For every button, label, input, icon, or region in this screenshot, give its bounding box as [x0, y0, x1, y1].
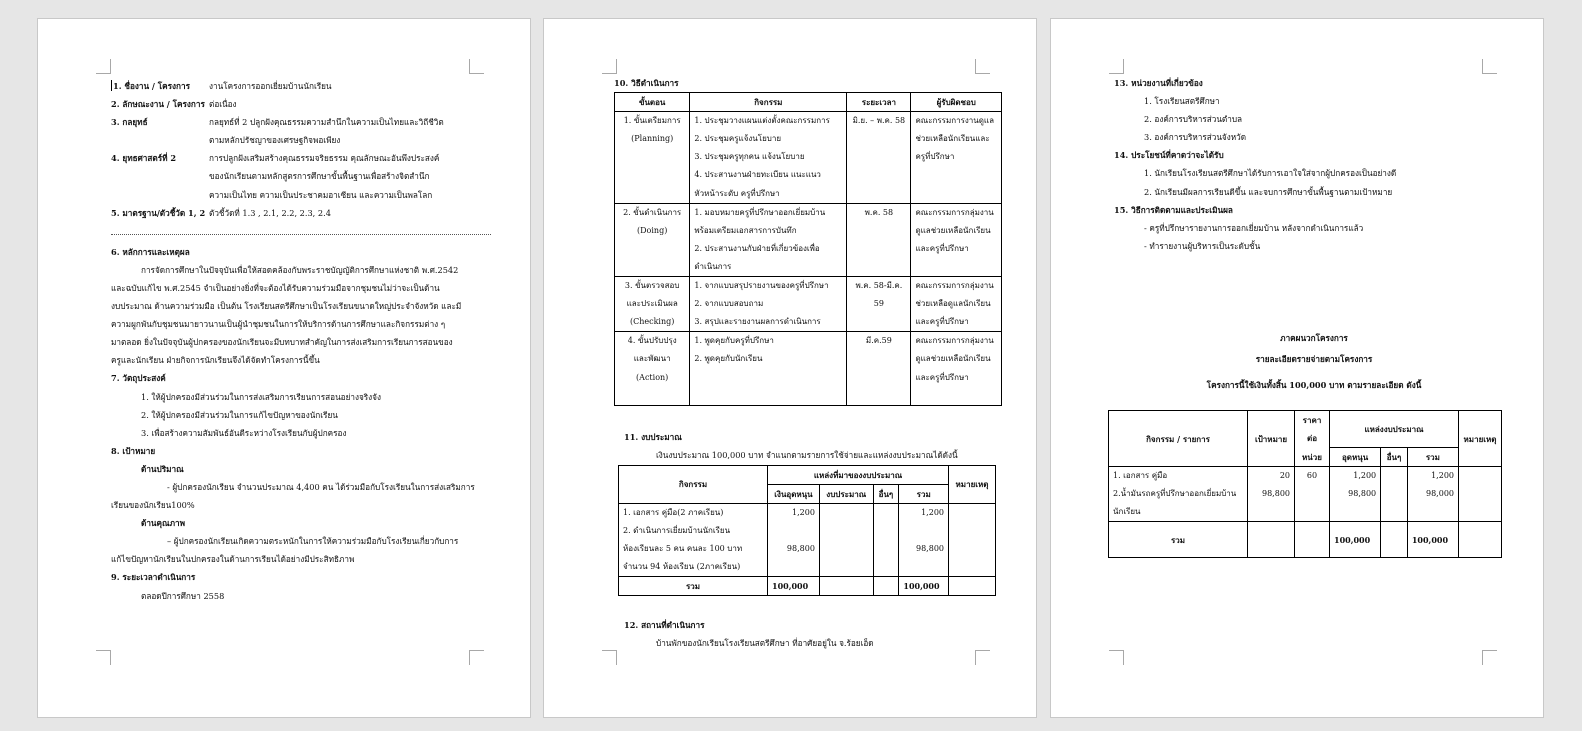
- budget-source-header: รวม: [899, 484, 949, 503]
- expense-activity-line: 1. เอกสาร คู่มือ: [1113, 467, 1243, 485]
- benefit-item: 1. นักเรียนโรงเรียนสตรีศึกษาได้รับการเอา…: [1144, 164, 1514, 182]
- crop-mark: [469, 650, 484, 665]
- expense-value: 98,800: [1330, 485, 1381, 522]
- activity-line: 1. จากแบบสรุปรายงานของครูที่ปรึกษา: [694, 277, 842, 295]
- objective-item: 1. ให้ผู้ปกครองมีส่วนร่วมในการส่งเสริมกา…: [111, 388, 491, 406]
- method-activities: 1. จากแบบสรุปรายงานของครูที่ปรึกษา2. จาก…: [690, 277, 847, 332]
- expense-source-header: อื่นๆ: [1381, 447, 1408, 466]
- budget-total-value: 100,000: [899, 577, 949, 596]
- activity-line: 4. ประสานงานฝ่ายทะเบียน แนะแนว: [694, 166, 842, 184]
- expense-value: 1,200: [1407, 467, 1458, 486]
- method-activities: 1. มอบหมายครูที่ปรึกษาออกเยี่ยมบ้านพร้อม…: [690, 203, 847, 276]
- col-remark: หมายเหตุ: [1459, 411, 1502, 467]
- expense-target: 20: [1248, 467, 1295, 486]
- crop-mark: [1482, 59, 1497, 74]
- paragraph-line: ความผูกพันกับชุมชนมายาวนานเป็นผู้นำชุมชน…: [111, 315, 491, 333]
- budget-value: [873, 503, 899, 522]
- project-info-value-line: กลยุทธ์ที่ 2 ปลูกฝังคุณธรรมความสำนึกในคว…: [209, 113, 491, 131]
- step-line: 3. ขั้นตรวจสอบ: [619, 277, 685, 295]
- budget-activity: 1. เอกสาร คู่มือ(2 ภาคเรียน): [619, 503, 768, 522]
- expense-total-target: [1248, 522, 1295, 558]
- expense-source-header: รวม: [1407, 447, 1458, 466]
- expense-total-label: รวม: [1109, 522, 1248, 558]
- appendix-subtitle: รายละเอียดรายจ่ายตามโครงการ: [1114, 350, 1514, 368]
- responsible-line: และครูที่ปรึกษา: [915, 313, 997, 331]
- paragraph-line: ครูและนักเรียน ฝ่ายกิจการนักเรียนจึงได้จ…: [111, 351, 491, 369]
- method-responsible: คณะกรรมการกลุ่มงานดูแลช่วยเหลือนักเรียนแ…: [911, 332, 1002, 406]
- agency-item: 1. โรงเรียนสตรีศึกษา: [1144, 92, 1514, 110]
- project-info-value: กลยุทธ์ที่ 2 ปลูกฝังคุณธรรมความสำนึกในคว…: [209, 113, 491, 149]
- project-info-value: งานโครงการออกเยี่ยมบ้านนักเรียน: [209, 77, 491, 95]
- paragraph-line: มาตลอด ยิ่งในปัจจุบันผู้ปกครองของนักเรีย…: [111, 333, 491, 351]
- col-source-group: แหล่งที่มาของงบประมาณ: [768, 465, 949, 484]
- section-6-title: 6. หลักการและเหตุผล: [111, 243, 491, 261]
- method-table: ขั้นตอนกิจกรรมระยะเวลาผู้รับผิดชอบ 1. ขั…: [614, 92, 1002, 406]
- appendix-title: ภาคผนวกโครงการ: [1114, 329, 1514, 347]
- budget-row: 2. ดำเนินการเยี่ยมบ้านนักเรียนห้องเรียนล…: [619, 522, 996, 577]
- method-step: 1. ขั้นเตรียมการ(Planning): [615, 112, 690, 203]
- col-source-group: แหล่งงบประมาณ: [1330, 411, 1459, 448]
- col-activity: กิจกรรม: [619, 465, 768, 503]
- document-page-2[interactable]: 10. วิธีดำเนินการ ขั้นตอนกิจกรรมระยะเวลา…: [543, 18, 1037, 718]
- budget-total-remark: [949, 577, 996, 596]
- expense-value: [1381, 485, 1408, 522]
- crop-mark: [96, 650, 111, 665]
- budget-value: 98,800: [899, 522, 949, 577]
- responsible-line: คณะกรรมการกลุ่มงาน: [915, 277, 997, 295]
- expense-activity: 1. เอกสาร คู่มือ: [1109, 467, 1248, 486]
- responsible-line: และครูที่ปรึกษา: [915, 369, 997, 387]
- section-13-list: 1. โรงเรียนสตรีศึกษา2. องค์การบริหารส่วน…: [1114, 92, 1514, 146]
- section-9-value: ตลอดปีการศึกษา 2558: [111, 587, 491, 605]
- budget-value: 98,800: [768, 522, 820, 577]
- step-line: 1. ขั้นเตรียมการ: [619, 112, 685, 130]
- project-info-label: 4. ยุทธศาสตร์ที่ 2: [111, 149, 209, 203]
- agency-item: 2. องค์การบริหารส่วนตำบล: [1144, 110, 1514, 128]
- project-info-row: 4. ยุทธศาสตร์ที่ 2การปลูกฝังเสริมสร้างคุ…: [111, 149, 491, 203]
- page-1-content[interactable]: 1. ชื่องาน / โครงการงานโครงการออกเยี่ยมบ…: [111, 77, 491, 605]
- goal-line: เรียนของนักเรียน100%: [111, 496, 491, 514]
- expense-unit-price: 60: [1295, 467, 1330, 486]
- method-step: 2. ขั้นดำเนินการ(Doing): [615, 203, 690, 276]
- col-activity: กิจกรรม / รายการ: [1109, 411, 1248, 467]
- method-responsible: คณะกรรมการกลุ่มงานดูแลช่วยเหลือนักเรียนแ…: [911, 203, 1002, 276]
- objective-item: 2. ให้ผู้ปกครองมีส่วนร่วมในการแก้ไขปัญหา…: [111, 406, 491, 424]
- section-8-title: 8. เป้าหมาย: [111, 442, 491, 460]
- responsible-line: คณะกรรมการงานดูแล: [915, 112, 997, 130]
- section-7-list: 1. ให้ผู้ปกครองมีส่วนร่วมในการส่งเสริมกา…: [111, 388, 491, 442]
- project-info-row: 2. ลักษณะงาน / โครงการต่อเนื่อง: [111, 95, 491, 113]
- document-page-3[interactable]: 13. หน่วยงานที่เกี่ยวข้อง 1. โรงเรียนสตร…: [1050, 18, 1544, 718]
- responsible-line: คณะกรรมการกลุ่มงาน: [915, 332, 997, 350]
- expense-remark: [1459, 467, 1502, 486]
- budget-row: 1. เอกสาร คู่มือ(2 ภาคเรียน)1,2001,200: [619, 503, 996, 522]
- activity-line: 2. ประสานงานกับฝ่ายที่เกี่ยวข้องเพื่อ: [694, 240, 842, 258]
- project-info-value: ตัวชี้วัดที่ 1.3 , 2.1, 2.2, 2.3, 2.4: [209, 204, 491, 222]
- activity-line: 3. ประชุมครูทุกคน แจ้งนโยบาย: [694, 148, 842, 166]
- activity-line: 2. พูดคุยกับนักเรียน: [694, 350, 842, 368]
- expense-activity-line: นักเรียน: [1113, 503, 1243, 521]
- section-13-title: 13. หน่วยงานที่เกี่ยวข้อง: [1114, 74, 1514, 92]
- expense-total-value: [1381, 522, 1408, 558]
- method-period: พ.ค. 58: [847, 203, 911, 276]
- method-col-header: ผู้รับผิดชอบ: [911, 93, 1002, 112]
- budget-remark: [949, 522, 996, 577]
- method-responsible: คณะกรรมการกลุ่มงานช่วยเหลือดูแลนักเรียนแ…: [911, 277, 1002, 332]
- step-line: และพัฒนา: [619, 350, 685, 368]
- page-2-content[interactable]: 10. วิธีดำเนินการ ขั้นตอนกิจกรรมระยะเวลา…: [614, 74, 1006, 652]
- responsible-line: ครูที่ปรึกษา: [915, 148, 997, 166]
- evaluation-item: - ครูที่ปรึกษารายงานการออกเยี่ยมบ้าน หลั…: [1144, 219, 1514, 237]
- activity-line: 2. ประชุมครูแจ้งนโยบาย: [694, 130, 842, 148]
- budget-activity: 2. ดำเนินการเยี่ยมบ้านนักเรียนห้องเรียนล…: [619, 522, 768, 577]
- project-info-value-line: ของนักเรียนตามหลักสูตรการศึกษาขั้นพื้นฐา…: [209, 167, 491, 185]
- responsible-line: และครูที่ปรึกษา: [915, 240, 997, 258]
- goal-line: – ผู้ปกครองนักเรียนเกิดความตระหนักในการใ…: [111, 532, 491, 550]
- budget-intro: เงินงบประมาณ 100,000 บาท จำแนกตามรายการใ…: [614, 446, 1006, 464]
- budget-source-header: เงินอุดหนุน: [768, 484, 820, 503]
- expense-target: 98,800: [1248, 485, 1295, 522]
- budget-table: กิจกรรม แหล่งที่มาของงบประมาณ หมายเหตุ เ…: [618, 465, 996, 597]
- responsible-line: คณะกรรมการกลุ่มงาน: [915, 204, 997, 222]
- step-line: (Doing): [619, 222, 685, 240]
- budget-value: 1,200: [899, 503, 949, 522]
- responsible-line: ช่วยเหลือดูแลนักเรียน: [915, 295, 997, 313]
- crop-mark: [1482, 650, 1497, 665]
- objective-item: 3. เพื่อสร้างความสัมพันธ์อันดีระหว่างโรง…: [111, 424, 491, 442]
- expense-detail-table: กิจกรรม / รายการ เป้าหมาย ราคาต่อ แหล่งง…: [1108, 410, 1502, 558]
- budget-total-value: [873, 577, 899, 596]
- project-info-value: ต่อเนื่อง: [209, 95, 491, 113]
- project-info-value-line: งานโครงการออกเยี่ยมบ้านนักเรียน: [209, 77, 491, 95]
- budget-activity-line: 2. ดำเนินการเยี่ยมบ้านนักเรียน: [623, 522, 763, 540]
- section-15-list: - ครูที่ปรึกษารายงานการออกเยี่ยมบ้าน หลั…: [1114, 219, 1514, 255]
- page-3-content[interactable]: 13. หน่วยงานที่เกี่ยวข้อง 1. โรงเรียนสตร…: [1114, 74, 1514, 558]
- method-period: พ.ค. 58-มี.ค. 59: [847, 277, 911, 332]
- step-line: (Action): [619, 369, 685, 387]
- responsible-line: ดูแลช่วยเหลือนักเรียน: [915, 350, 997, 368]
- activity-line: 2. จากแบบสอบถาม: [694, 295, 842, 313]
- col-unit-price-1: ราคาต่อ: [1295, 411, 1330, 448]
- method-responsible: คณะกรรมการงานดูแลช่วยเหลือนักเรียนและครู…: [911, 112, 1002, 203]
- section-7-title: 7. วัตถุประสงค์: [111, 369, 491, 387]
- crop-mark: [469, 59, 484, 74]
- responsible-line: ช่วยเหลือนักเรียนและ: [915, 130, 997, 148]
- section-14-list: 1. นักเรียนโรงเรียนสตรีศึกษาได้รับการเอา…: [1114, 164, 1514, 200]
- expense-value: 98,000: [1407, 485, 1458, 522]
- crop-mark: [602, 59, 617, 74]
- project-info-value: การปลูกฝังเสริมสร้างคุณธรรมจริยธรรม คุณล…: [209, 149, 491, 203]
- section-10-title: 10. วิธีดำเนินการ: [614, 74, 1006, 92]
- activity-line: พร้อมเตรียมเอกสารการบันทึก: [694, 222, 842, 240]
- expense-activity: 2.น้ำมันรถครูที่ปรึกษาออกเยี่ยมบ้านนักเร…: [1109, 485, 1248, 522]
- section-15-title: 15. วิธีการติดตามและประเมินผล: [1114, 201, 1514, 219]
- agency-item: 3. องค์การบริหารส่วนจังหวัด: [1144, 128, 1514, 146]
- step-line: (Checking): [619, 313, 685, 331]
- activity-line: 1. ประชุมวางแผนแต่งตั้งคณะกรรมการ: [694, 112, 842, 130]
- method-period: มิ.ย. – พ.ค. 58: [847, 112, 911, 203]
- step-line: และประเมินผล: [619, 295, 685, 313]
- section-6-body: การจัดการศึกษาในปัจจุบันเพื่อให้สอดคล้อง…: [111, 261, 491, 370]
- activity-line: 1. พูดคุยกับครูที่ปรึกษา: [694, 332, 842, 350]
- method-row: 4. ขั้นปรับปรุงและพัฒนา(Action)1. พูดคุย…: [615, 332, 1002, 406]
- step-line: 4. ขั้นปรับปรุง: [619, 332, 685, 350]
- method-step: 3. ขั้นตรวจสอบและประเมินผล(Checking): [615, 277, 690, 332]
- quantity-body: - ผู้ปกครองนักเรียน จำนวนประมาณ 4,400 คน…: [111, 478, 491, 514]
- goal-line: - ผู้ปกครองนักเรียน จำนวนประมาณ 4,400 คน…: [111, 478, 491, 496]
- method-period: มี.ค.59: [847, 332, 911, 406]
- expense-activity-line: 2.น้ำมันรถครูที่ปรึกษาออกเยี่ยมบ้าน: [1113, 485, 1243, 503]
- budget-total-value: 100,000: [768, 577, 820, 596]
- expense-total-value: 100,000: [1330, 522, 1381, 558]
- step-line: (Planning): [619, 130, 685, 148]
- project-info-value-line: ต่อเนื่อง: [209, 95, 491, 113]
- paragraph-line: และฉบับแก้ไข พ.ศ.2545 จำเป็นอย่างยิ่งที่…: [111, 279, 491, 297]
- col-target: เป้าหมาย: [1248, 411, 1295, 467]
- method-activities: 1. พูดคุยกับครูที่ปรึกษา2. พูดคุยกับนักเ…: [690, 332, 847, 406]
- budget-activity-line: 1. เอกสาร คู่มือ(2 ภาคเรียน): [623, 504, 763, 522]
- col-unit-price-2: หน่วย: [1295, 447, 1330, 466]
- budget-value: [819, 522, 873, 577]
- budget-total-value: [819, 577, 873, 596]
- benefit-item: 2. นักเรียนมีผลการเรียนดีขึ้น และจบการศึ…: [1144, 183, 1514, 201]
- crop-mark: [1109, 59, 1124, 74]
- section-14-title: 14. ประโยชน์ที่คาดว่าจะได้รับ: [1114, 146, 1514, 164]
- expense-unit-price: [1295, 485, 1330, 522]
- method-row: 1. ขั้นเตรียมการ(Planning)1. ประชุมวางแผ…: [615, 112, 1002, 203]
- dotted-divider: [111, 228, 491, 235]
- expense-source-header: อุดหนุน: [1330, 447, 1381, 466]
- section-9-title: 9. ระยะเวลาดำเนินการ: [111, 568, 491, 586]
- project-info-label: 2. ลักษณะงาน / โครงการ: [111, 95, 209, 113]
- project-info-value-line: ตัวชี้วัดที่ 1.3 , 2.1, 2.2, 2.3, 2.4: [209, 204, 491, 222]
- budget-activity-line: ห้องเรียนละ 5 คน คนละ 100 บาท: [623, 540, 763, 558]
- expense-total-unit-price: [1295, 522, 1330, 558]
- budget-source-header: อื่นๆ: [873, 484, 899, 503]
- appendix-summary: โครงการนี้ใช้เงินทั้งสิ้น 100,000 บาท ตา…: [1114, 376, 1514, 394]
- method-row: 3. ขั้นตรวจสอบและประเมินผล(Checking)1. จ…: [615, 277, 1002, 332]
- project-info-row: 5. มาตรฐาน/ตัวชี้วัด 1, 2ตัวชี้วัดที่ 1.…: [111, 204, 491, 222]
- budget-total-row: รวม100,000100,000: [619, 577, 996, 596]
- budget-value: [873, 522, 899, 577]
- quality-body: – ผู้ปกครองนักเรียนเกิดความตระหนักในการใ…: [111, 532, 491, 568]
- section-11-title: 11. งบประมาณ: [614, 428, 1006, 446]
- project-info-row: 1. ชื่องาน / โครงการงานโครงการออกเยี่ยมบ…: [111, 77, 491, 95]
- project-info-label: 5. มาตรฐาน/ตัวชี้วัด 1, 2: [111, 204, 209, 222]
- paragraph-line: งบประมาณ ด้านความร่วมมือ เป็นต้น โรงเรีย…: [111, 297, 491, 315]
- activity-line: 1. มอบหมายครูที่ปรึกษาออกเยี่ยมบ้าน: [694, 204, 842, 222]
- project-info-row: 3. กลยุทธ์กลยุทธ์ที่ 2 ปลูกฝังคุณธรรมควา…: [111, 113, 491, 149]
- budget-total-label: รวม: [619, 577, 768, 596]
- expense-row: 1. เอกสาร คู่มือ20601,2001,200: [1109, 467, 1502, 486]
- evaluation-item: - ทำรายงานผู้บริหารเป็นระดับชั้น: [1144, 237, 1514, 255]
- project-info-value-line: ความเป็นไทย ความเป็นประชาคมอาเซียน และคว…: [209, 186, 491, 204]
- project-info-label: 1. ชื่องาน / โครงการ: [111, 77, 209, 95]
- goal-line: แก้ไขปัญหานักเรียนในปกครองในด้านการเรียน…: [111, 550, 491, 568]
- text-cursor: [111, 80, 112, 91]
- section-12-value: บ้านพักของนักเรียนโรงเรียนสตรีศึกษา ที่อ…: [614, 634, 1006, 652]
- responsible-line: ดูแลช่วยเหลือนักเรียน: [915, 222, 997, 240]
- quality-subtitle: ด้านคุณภาพ: [111, 514, 491, 532]
- method-col-header: ขั้นตอน: [615, 93, 690, 112]
- step-line: 2. ขั้นดำเนินการ: [619, 204, 685, 222]
- expense-total-remark: [1459, 522, 1502, 558]
- method-activities: 1. ประชุมวางแผนแต่งตั้งคณะกรรมการ2. ประช…: [690, 112, 847, 203]
- method-step: 4. ขั้นปรับปรุงและพัฒนา(Action): [615, 332, 690, 406]
- activity-line: ดำเนินการ: [694, 258, 842, 276]
- budget-remark: [949, 503, 996, 522]
- crop-mark: [975, 59, 990, 74]
- expense-value: [1381, 467, 1408, 486]
- quantity-subtitle: ด้านปริมาณ: [111, 460, 491, 478]
- method-row: 2. ขั้นดำเนินการ(Doing)1. มอบหมายครูที่ป…: [615, 203, 1002, 276]
- project-info-list: 1. ชื่องาน / โครงการงานโครงการออกเยี่ยมบ…: [111, 77, 491, 222]
- activity-line: 3. สรุปและรายงานผลการดำเนินการ: [694, 313, 842, 331]
- project-info-label: 3. กลยุทธ์: [111, 113, 209, 149]
- budget-value: 1,200: [768, 503, 820, 522]
- expense-total-row: รวม100,000100,000: [1109, 522, 1502, 558]
- paragraph-line: การจัดการศึกษาในปัจจุบันเพื่อให้สอดคล้อง…: [111, 261, 491, 279]
- section-12-title: 12. สถานที่ดำเนินการ: [614, 616, 1006, 634]
- activity-line: หัวหน้าระดับ ครูที่ปรึกษา: [694, 185, 842, 203]
- method-col-header: กิจกรรม: [690, 93, 847, 112]
- expense-remark: [1459, 485, 1502, 522]
- crop-mark: [1109, 650, 1124, 665]
- budget-activity-line: จำนวน 94 ห้องเรียน (2ภาคเรียน): [623, 558, 763, 576]
- expense-row: 2.น้ำมันรถครูที่ปรึกษาออกเยี่ยมบ้านนักเร…: [1109, 485, 1502, 522]
- col-remark: หมายเหตุ: [949, 465, 996, 503]
- expense-total-value: 100,000: [1407, 522, 1458, 558]
- budget-source-header: งบประมาณ: [819, 484, 873, 503]
- project-info-value-line: การปลูกฝังเสริมสร้างคุณธรรมจริยธรรม คุณล…: [209, 149, 491, 167]
- crop-mark: [96, 59, 111, 74]
- document-page-1[interactable]: 1. ชื่องาน / โครงการงานโครงการออกเยี่ยมบ…: [37, 18, 531, 718]
- project-info-value-line: ตามหลักปรัชญาของเศรษฐกิจพอเพียง: [209, 131, 491, 149]
- expense-value: 1,200: [1330, 467, 1381, 486]
- method-col-header: ระยะเวลา: [847, 93, 911, 112]
- budget-value: [819, 503, 873, 522]
